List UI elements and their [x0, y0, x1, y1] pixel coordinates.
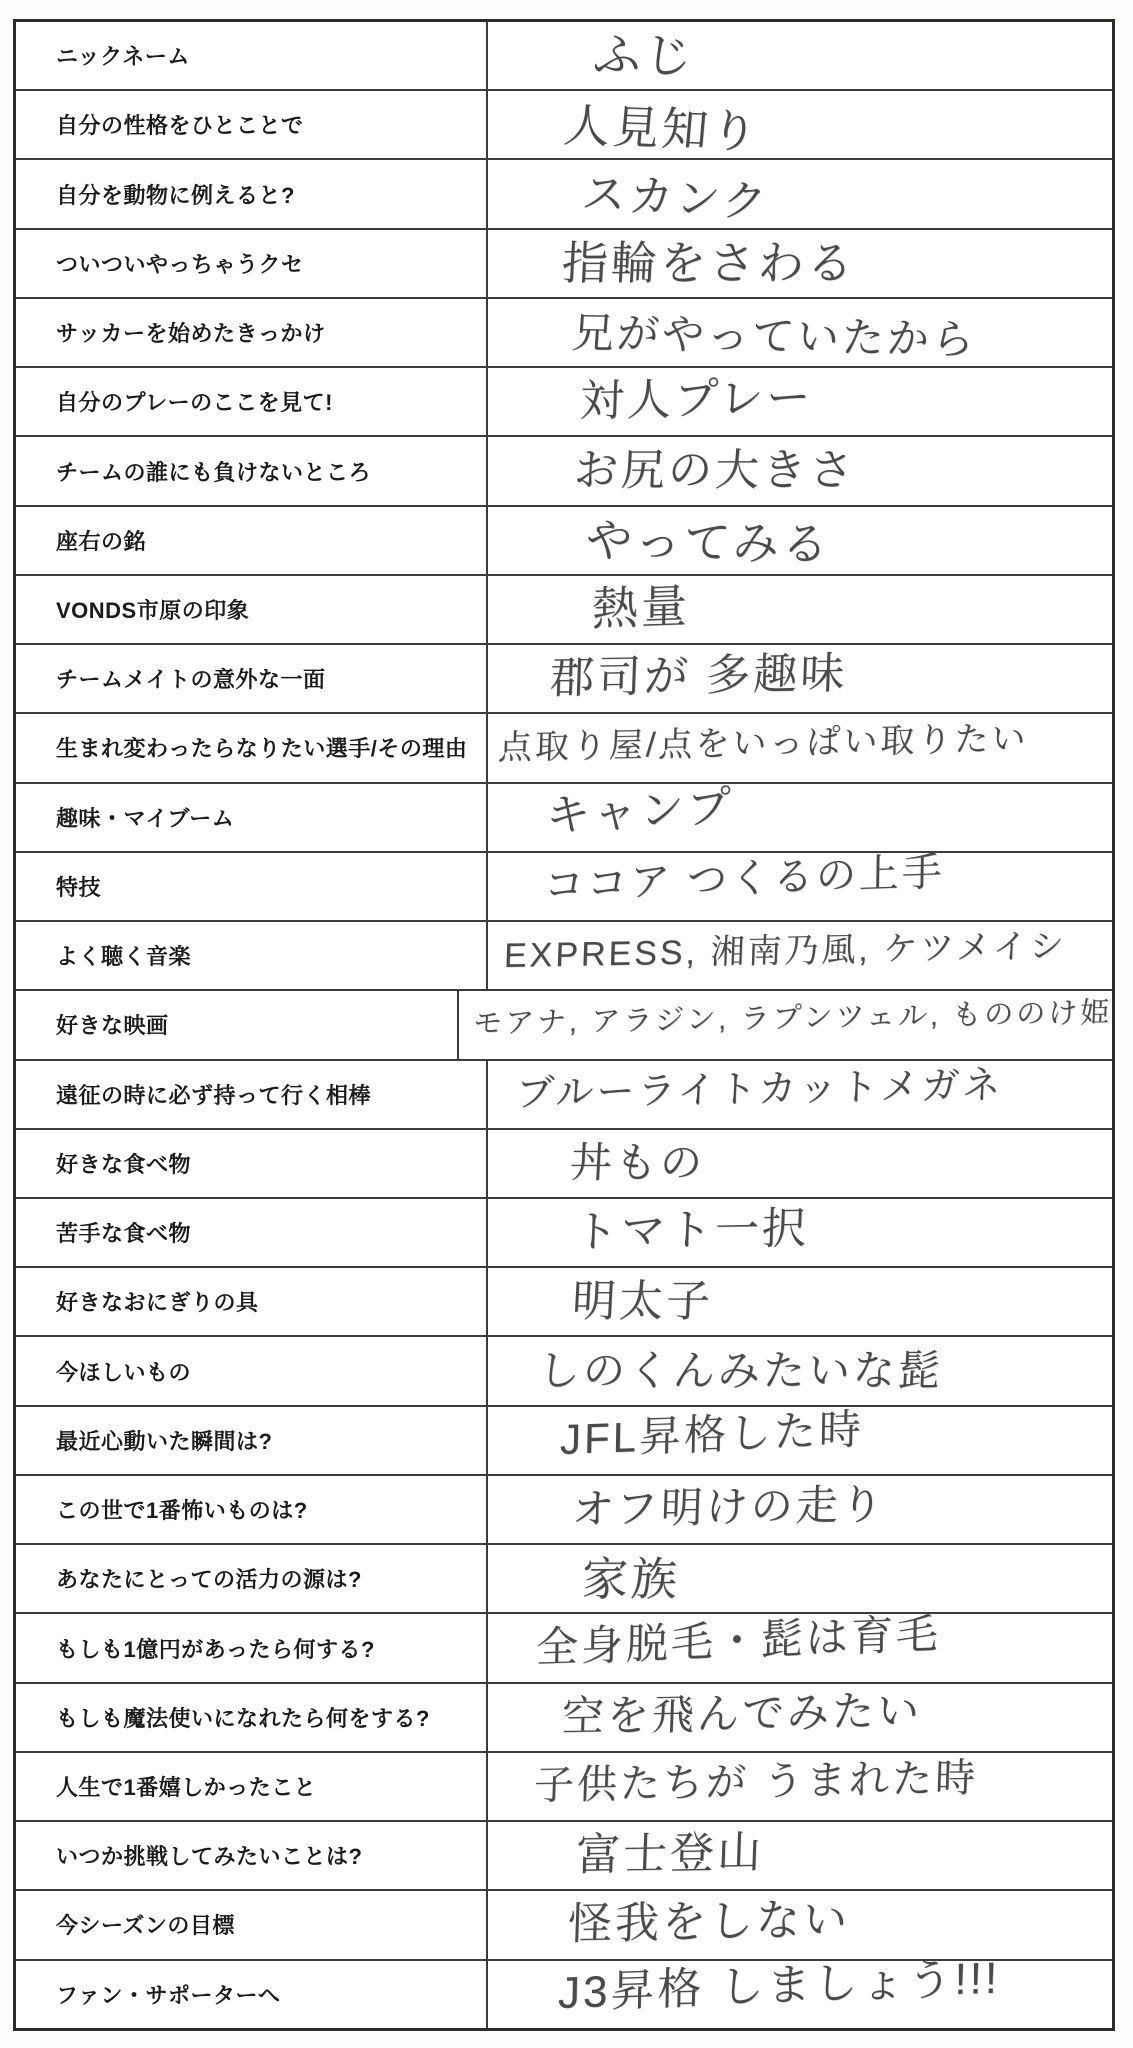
answer-cell: J3昇格 しましょう!!!: [488, 1961, 1112, 2028]
question-label: 遠征の時に必ず持って行く相棒: [56, 1079, 371, 1110]
answer-cell: しのくんみたいな髭: [488, 1337, 1112, 1404]
question-cell: VONDS市原の印象: [16, 576, 488, 643]
qa-row: 好きな映画 モアナ, アラジン, ラプンツェル, もののけ姫: [16, 989, 1112, 1058]
handwritten-answer: 兄がやっていたから: [571, 312, 979, 361]
handwritten-answer: モアナ, アラジン, ラプンツェル, もののけ姫: [472, 999, 1112, 1039]
question-cell: 自分のプレーのここを見て!: [16, 368, 488, 435]
qa-row: ついついやっちゃうクセ 指輪をさわる: [16, 228, 1112, 297]
question-label: チームメイトの意外な一面: [56, 663, 326, 694]
answer-cell: 熱量: [488, 576, 1112, 643]
player-profile-questionnaire-table: ニックネーム ふじ 自分の性格をひとことで 人見知り 自分を動物に例えると? ス…: [13, 19, 1115, 2031]
qa-row: 座右の銘 やってみる: [16, 505, 1112, 574]
question-label: ついついやっちゃうクセ: [56, 248, 304, 279]
answer-cell: 丼もの: [488, 1130, 1112, 1197]
qa-row: 自分を動物に例えると? スカンク: [16, 158, 1112, 227]
handwritten-answer: 家族: [581, 1556, 681, 1602]
question-label: 趣味・マイブーム: [56, 802, 234, 833]
question-label: サッカーを始めたきっかけ: [56, 317, 326, 348]
question-cell: 好きな食べ物: [16, 1130, 488, 1197]
answer-cell: 兄がやっていたから: [488, 299, 1112, 366]
question-label: 自分のプレーのここを見て!: [56, 386, 333, 417]
handwritten-answer: JFL昇格した時: [560, 1409, 865, 1462]
question-label: 自分の性格をひとことで: [56, 109, 304, 140]
question-label: 最近心動いた瞬間は?: [56, 1425, 272, 1456]
handwritten-answer: ココア つくるの上手: [544, 852, 946, 906]
qa-row: 苦手な食べ物 トマト一択: [16, 1197, 1112, 1266]
answer-cell: やってみる: [488, 507, 1112, 574]
question-cell: もしも魔法使いになれたら何をする?: [16, 1684, 488, 1751]
handwritten-answer: J3昇格 しましょう!!!: [558, 1957, 1001, 2016]
handwritten-answer: 指輪をさわる: [561, 240, 857, 286]
handwritten-answer: スカンク: [580, 172, 771, 226]
handwritten-answer: ブルーライトカットメガネ: [515, 1067, 1004, 1114]
qa-row: 今ほしいもの しのくんみたいな髭: [16, 1335, 1112, 1404]
answer-cell: トマト一択: [488, 1199, 1112, 1266]
handwritten-answer: お尻の大きさ: [573, 449, 857, 493]
answer-cell: 子供たちが うまれた時: [488, 1753, 1112, 1820]
qa-row: ファン・サポーターへ J3昇格 しましょう!!!: [16, 1959, 1112, 2028]
handwritten-answer: 怪我をしない: [567, 1898, 850, 1947]
qa-row: 最近心動いた瞬間は? JFL昇格した時: [16, 1405, 1112, 1474]
qa-row: 自分のプレーのここを見て! 対人プレー: [16, 366, 1112, 435]
handwritten-answer: 空を飛んでみたい: [561, 1690, 922, 1738]
question-cell: サッカーを始めたきっかけ: [16, 299, 488, 366]
handwritten-answer: やってみる: [584, 517, 832, 567]
qa-row: 今シーズンの目標 怪我をしない: [16, 1889, 1112, 1958]
question-label: いつか挑戦してみたいことは?: [56, 1840, 362, 1871]
question-label: 自分を動物に例えると?: [56, 179, 295, 210]
question-label: もしも魔法使いになれたら何をする?: [56, 1702, 430, 1733]
answer-cell: オフ明けの走り: [488, 1476, 1112, 1543]
question-cell: 今ほしいもの: [16, 1337, 488, 1404]
question-cell: 今シーズンの目標: [16, 1891, 488, 1958]
question-label: あなたにとっての活力の源は?: [56, 1563, 362, 1594]
handwritten-answer: 対人プレー: [579, 376, 814, 424]
handwritten-answer: オフ明けの走り: [571, 1483, 886, 1531]
question-label: もしも1億円があったら何する?: [56, 1633, 375, 1664]
handwritten-answer: 子供たちが うまれた時: [533, 1759, 978, 1807]
question-cell: 自分の性格をひとことで: [16, 91, 488, 158]
answer-cell: お尻の大きさ: [488, 437, 1112, 504]
handwritten-answer: 点取り屋/点をいっぱい取りたい: [497, 722, 1029, 765]
qa-row: もしも1億円があったら何する? 全身脱毛・髭は育毛: [16, 1612, 1112, 1681]
question-label: 座右の銘: [56, 525, 146, 556]
answer-cell: EXPRESS, 湘南乃風, ケツメイシ: [488, 922, 1112, 989]
answer-cell: 空を飛んでみたい: [488, 1684, 1112, 1751]
question-label: 好きな食べ物: [56, 1148, 191, 1179]
answer-cell: 人見知り: [488, 91, 1112, 158]
qa-row: 生まれ変わったらなりたい選手/その理由 点取り屋/点をいっぱい取りたい: [16, 712, 1112, 781]
answer-cell: 対人プレー: [488, 368, 1112, 435]
answer-cell: ふじ: [488, 22, 1112, 89]
qa-row: 人生で1番嬉しかったこと 子供たちが うまれた時: [16, 1751, 1112, 1820]
answer-cell: ココア つくるの上手: [488, 853, 1112, 920]
question-label: チームの誰にも負けないところ: [56, 456, 371, 487]
question-label: 今シーズンの目標: [56, 1909, 235, 1940]
handwritten-answer: 郡司が 多趣味: [549, 652, 848, 701]
handwritten-answer: ふじ: [591, 32, 696, 82]
answer-cell: 郡司が 多趣味: [488, 645, 1112, 712]
handwritten-answer: キャンプ: [546, 785, 734, 839]
answer-cell: 指輪をさわる: [488, 230, 1112, 297]
qa-row: 特技 ココア つくるの上手: [16, 851, 1112, 920]
qa-row: チームメイトの意外な一面 郡司が 多趣味: [16, 643, 1112, 712]
qa-row: 好きな食べ物 丼もの: [16, 1128, 1112, 1197]
handwritten-answer: しのくんみたいな髭: [537, 1350, 944, 1392]
question-cell: 遠征の時に必ず持って行く相棒: [16, 1061, 488, 1128]
answer-cell: 怪我をしない: [488, 1891, 1112, 1958]
question-label: VONDS市原の印象: [56, 594, 249, 625]
qa-row: 遠征の時に必ず持って行く相棒 ブルーライトカットメガネ: [16, 1059, 1112, 1128]
question-label: 特技: [56, 871, 101, 902]
answer-cell: JFL昇格した時: [488, 1407, 1112, 1474]
answer-cell: モアナ, アラジン, ラプンツェル, もののけ姫: [459, 991, 1112, 1058]
question-cell: 最近心動いた瞬間は?: [16, 1407, 488, 1474]
question-cell: 苦手な食べ物: [16, 1199, 488, 1266]
qa-row: いつか挑戦してみたいことは? 富士登山: [16, 1820, 1112, 1889]
question-label: 苦手な食べ物: [56, 1217, 191, 1248]
handwritten-answer: EXPRESS, 湘南乃風, ケツメイシ: [503, 929, 1067, 973]
qa-row: 趣味・マイブーム キャンプ: [16, 782, 1112, 851]
qa-row: 自分の性格をひとことで 人見知り: [16, 89, 1112, 158]
question-label: 好きな映画: [56, 1009, 169, 1040]
qa-row: 好きなおにぎりの具 明太子: [16, 1266, 1112, 1335]
question-label: 好きなおにぎりの具: [56, 1286, 259, 1317]
question-cell: いつか挑戦してみたいことは?: [16, 1822, 488, 1889]
qa-row: チームの誰にも負けないところ お尻の大きさ: [16, 435, 1112, 504]
question-label: ニックネーム: [56, 40, 190, 71]
answer-cell: 全身脱毛・髭は育毛: [488, 1614, 1112, 1681]
question-label: 生まれ変わったらなりたい選手/その理由: [56, 732, 467, 763]
handwritten-answer: 丼もの: [569, 1142, 706, 1184]
answer-cell: スカンク: [488, 160, 1112, 227]
qa-row: ニックネーム ふじ: [16, 22, 1112, 89]
question-cell: ついついやっちゃうクセ: [16, 230, 488, 297]
answer-cell: キャンプ: [488, 784, 1112, 851]
question-cell: 生まれ変わったらなりたい選手/その理由: [16, 714, 488, 781]
question-cell: 特技: [16, 853, 488, 920]
question-label: この世で1番怖いものは?: [56, 1494, 308, 1525]
answer-cell: 富士登山: [488, 1822, 1112, 1889]
question-cell: 人生で1番嬉しかったこと: [16, 1753, 488, 1820]
handwritten-answer: トマト一択: [573, 1206, 810, 1254]
question-cell: この世で1番怖いものは?: [16, 1476, 488, 1543]
qa-row: この世で1番怖いものは? オフ明けの走り: [16, 1474, 1112, 1543]
question-cell: あなたにとっての活力の源は?: [16, 1545, 488, 1612]
question-label: 人生で1番嬉しかったこと: [56, 1771, 316, 1802]
qa-row: あなたにとっての活力の源は? 家族: [16, 1543, 1112, 1612]
question-cell: 座右の銘: [16, 507, 488, 574]
answer-cell: 明太子: [488, 1268, 1112, 1335]
answer-cell: 家族: [488, 1545, 1112, 1612]
qa-row: もしも魔法使いになれたら何をする? 空を飛んでみたい: [16, 1682, 1112, 1751]
qa-row: VONDS市原の印象 熱量: [16, 574, 1112, 643]
qa-row: サッカーを始めたきっかけ 兄がやっていたから: [16, 297, 1112, 366]
handwritten-answer: 富士登山: [575, 1830, 765, 1877]
handwritten-answer: 熱量: [592, 583, 691, 632]
answer-cell: ブルーライトカットメガネ: [488, 1061, 1112, 1128]
question-cell: 趣味・マイブーム: [16, 784, 488, 851]
qa-row: よく聴く音楽 EXPRESS, 湘南乃風, ケツメイシ: [16, 920, 1112, 989]
question-cell: もしも1億円があったら何する?: [16, 1614, 488, 1681]
question-cell: 自分を動物に例えると?: [16, 160, 488, 227]
handwritten-answer: 全身脱毛・髭は育毛: [536, 1613, 942, 1669]
question-label: 今ほしいもの: [56, 1356, 191, 1387]
question-cell: よく聴く音楽: [16, 922, 488, 989]
handwritten-answer: 人見知り: [562, 102, 762, 155]
question-cell: チームメイトの意外な一面: [16, 645, 488, 712]
question-cell: 好きなおにぎりの具: [16, 1268, 488, 1335]
question-label: よく聴く音楽: [56, 940, 191, 971]
handwritten-answer: 明太子: [571, 1280, 714, 1324]
question-cell: ニックネーム: [16, 22, 488, 89]
question-label: ファン・サポーターへ: [56, 1979, 281, 2010]
question-cell: ファン・サポーターへ: [16, 1961, 488, 2028]
answer-cell: 点取り屋/点をいっぱい取りたい: [488, 714, 1112, 781]
question-cell: チームの誰にも負けないところ: [16, 437, 488, 504]
question-cell: 好きな映画: [16, 991, 459, 1058]
